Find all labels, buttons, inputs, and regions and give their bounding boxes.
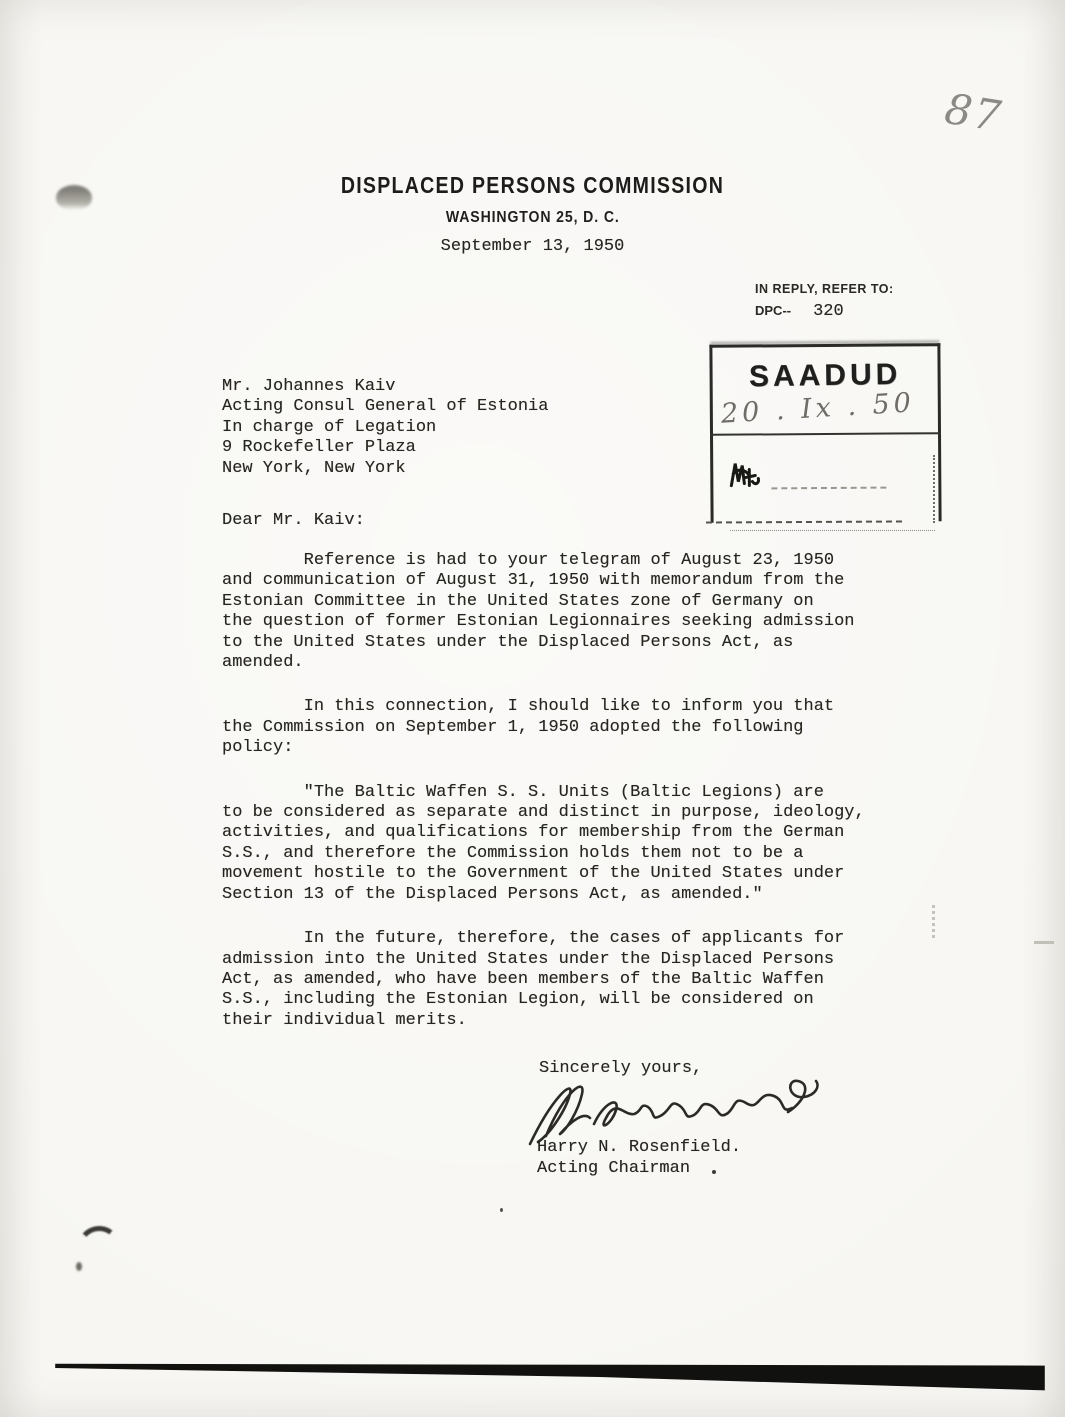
scan-edge-mark	[1034, 941, 1054, 944]
paragraph-policy-quote: "The Baltic Waffen S. S. Units (Baltic L…	[222, 783, 887, 905]
signer-title: Acting Chairman	[537, 1159, 690, 1179]
stamp-handwritten-note-scribble	[725, 455, 769, 493]
letter-date: September 13, 1950	[0, 237, 1065, 257]
paragraph-connection: In this connection, I should like to inf…	[222, 697, 887, 758]
reply-code: DPC--	[755, 303, 791, 318]
reply-number: 320	[813, 302, 844, 322]
reply-refer-label: IN REPLY, REFER TO:	[755, 282, 894, 296]
stamp-divider-line	[710, 432, 941, 436]
salutation: Dear Mr. Kaiv:	[222, 511, 365, 531]
signer-name: Harry N. Rosenfield.	[537, 1138, 741, 1158]
recipient-address-block: Mr. Johannes Kaiv Acting Consul General …	[222, 377, 548, 479]
punch-hole-smudge-top	[56, 185, 92, 210]
receipt-stamp-box: SAADUD 20 . Ix . 50	[709, 343, 941, 523]
letterhead-organization: DISPLACED PERSONS COMMISSION	[0, 172, 1065, 199]
ink-speck	[500, 1208, 503, 1212]
scan-edge-black-wedge	[55, 1360, 1045, 1391]
reply-reference: DPC-- 320	[755, 302, 844, 322]
stamp-bottom-dashed-line	[706, 520, 902, 523]
stamp-right-dashed-edge	[933, 455, 935, 523]
punch-hole-crescent-bottom	[76, 1224, 122, 1268]
letter-body: Reference is had to your telegram of Aug…	[222, 551, 887, 1055]
paragraph-future-cases: In the future, therefore, the cases of a…	[222, 929, 887, 1031]
ink-speck	[712, 1170, 716, 1174]
scan-edge-mark	[932, 905, 935, 939]
letterhead-city: WASHINGTON 25, D. C.	[0, 209, 1065, 227]
paragraph-reference: Reference is had to your telegram of Aug…	[222, 551, 887, 673]
scan-speck	[76, 1262, 82, 1271]
stamp-dotted-line	[771, 487, 886, 490]
stamp-bottom-dotted-line	[730, 530, 935, 531]
scanned-letter-page: 87 DISPLACED PERSONS COMMISSION WASHINGT…	[0, 0, 1065, 1417]
handwritten-page-number: 87	[942, 84, 1006, 141]
